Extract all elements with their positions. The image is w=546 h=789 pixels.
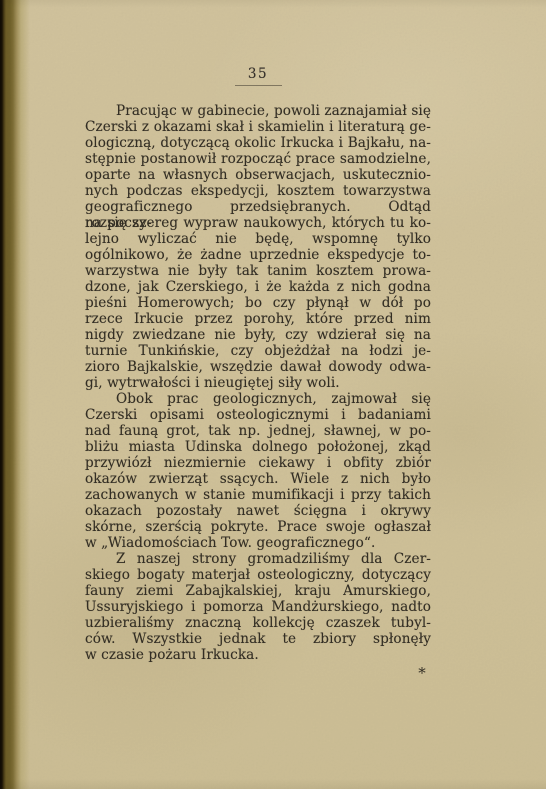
page-number-rule [235,85,282,86]
text-line: w czasie pożaru Irkucka. [85,647,431,663]
text-line: uzbieraliśmy znaczną kollekcję czaszek t… [85,615,431,631]
text-line: rzece Irkucie przez porohy, które przed … [85,311,431,327]
page-number: 35 [85,66,431,82]
page-header: 35 [85,66,431,86]
text-block: Pracując w gabinecie, powoli zaznajamiał… [85,103,431,663]
text-line: skórne, szerścią pokryte. Prace swoje og… [85,519,431,535]
text-line: lejno wyliczać nie będę, wspomnę tylko [85,231,431,247]
text-line: fauny ziemi Zabajkalskiej, kraju Amurski… [85,583,431,599]
binding-edge-shadow [0,0,30,789]
text-line: nad fauną grot, tak np. jednej, sławnej,… [85,423,431,439]
text-line: nigdy zwiedzane nie były, czy wdzierał s… [85,327,431,343]
text-line: ców. Wszystkie jednak te zbiory spłonęły [85,631,431,647]
text-line: zioro Bajkalskie, wszędzie dawał dowody … [85,359,431,375]
text-line: okazach pozostały nawet ścięgna i okrywy [85,503,431,519]
paragraph: Z naszej strony gromadziliśmy dla Czer-s… [85,551,431,663]
text-line: skiego bogaty materjał osteologiczny, do… [85,567,431,583]
text-line: przywiózł niezmiernie ciekawy i obfity z… [85,455,431,471]
text-line: oparte na własnych obserwacjach, uskutec… [85,167,431,183]
text-line: Czerski opisami osteologicznymi i badani… [85,407,431,423]
text-line: zachowanych w stanie mumifikacji i przy … [85,487,431,503]
text-line: ogólnikowo, że żadne uprzednie ekspedycj… [85,247,431,263]
text-line: Pracując w gabinecie, powoli zaznajamiał… [85,103,431,119]
text-line: geograficznego przedsiębranych. Odtąd ro… [85,199,431,215]
text-line: warzystwa nie były tak tanim kosztem pro… [85,263,431,279]
text-line: bliżu miasta Udinska dolnego położonej, … [85,439,431,455]
text-line: dzone, jak Czerskiego, i że każda z nich… [85,279,431,295]
text-line: stępnie postanowił rozpocząć prace samod… [85,151,431,167]
book-page-scan: 35 Pracując w gabinecie, powoli zaznajam… [0,0,546,789]
paragraph: Pracując w gabinecie, powoli zaznajamiał… [85,103,431,391]
text-line: Ussuryjskiego i pomorza Mandżurskiego, n… [85,599,431,615]
text-line: w „Wiadomościach Tow. geograficznego“. [85,535,431,551]
text-line: Obok prac geologicznych, zajmował się [85,391,431,407]
text-line: ologiczną, dotyczącą okolic Irkucka i Ba… [85,135,431,151]
text-line: Z naszej strony gromadziliśmy dla Czer- [85,551,431,567]
text-line: nych podczas ekspedycji, kosztem towarzy… [85,183,431,199]
text-line: gi, wytrwałości i nieugiętej siły woli. [85,375,431,391]
text-line: okazów zwierząt ssących. Wiele z nich by… [85,471,431,487]
footnote-asterisk: * [412,664,432,682]
text-line: turnie Tunkińskie, czy objeżdżał na łodz… [85,343,431,359]
text-line: pieśni Homerowych; bo czy płynął w dół p… [85,295,431,311]
text-line: Czerski z okazami skał i skamielin i lit… [85,119,431,135]
paragraph: Obok prac geologicznych, zajmował sięCze… [85,391,431,551]
text-line: na się szereg wypraw naukowych, których … [85,215,431,231]
